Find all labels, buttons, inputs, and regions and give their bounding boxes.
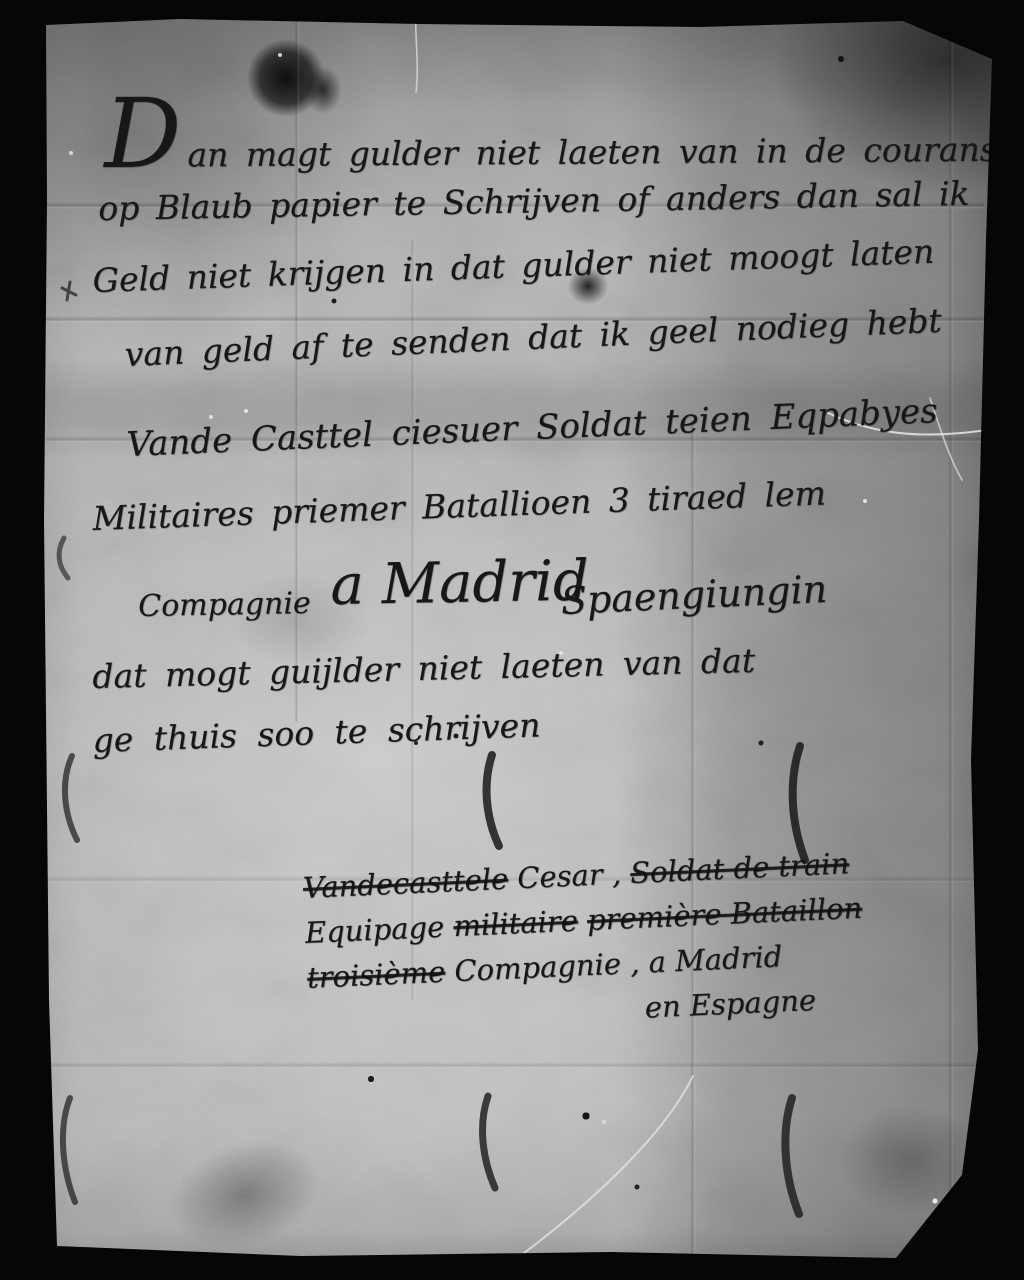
address-equipage: Equipage xyxy=(304,910,445,950)
letter-paper: Dan magt gulder niet laeten van in de co… xyxy=(0,0,1024,1280)
address-premiere-bataillon: première Bataillon xyxy=(586,891,863,937)
letter-line-1-initial: D xyxy=(104,95,182,172)
letter-line-7-place: a Madrid xyxy=(330,553,589,613)
letter-line-7-country: Spaengiungin xyxy=(560,570,828,620)
address-militaire: militaire xyxy=(453,904,579,944)
photo-frame: Dan magt gulder niet laeten van in de co… xyxy=(0,0,1024,1280)
letter-line-7-company: Compagnie xyxy=(138,589,311,622)
dust-specks-white xyxy=(0,0,2,2)
letter-line-1-text: an magt gulder niet laeten van in de cou… xyxy=(187,133,996,172)
address-firstname: Cesar , xyxy=(517,857,622,896)
address-soldat-de-train: Soldat de train xyxy=(629,846,849,890)
dust-specks-black xyxy=(0,0,2,2)
address-name: Vandecasttele xyxy=(302,862,509,905)
address-troisieme: troisième xyxy=(306,955,446,995)
letter-line-1: Dan magt gulder niet laeten van in de co… xyxy=(104,90,997,173)
address-block: Vandecasttele Cesar , Soldat de train Eq… xyxy=(302,836,969,1046)
